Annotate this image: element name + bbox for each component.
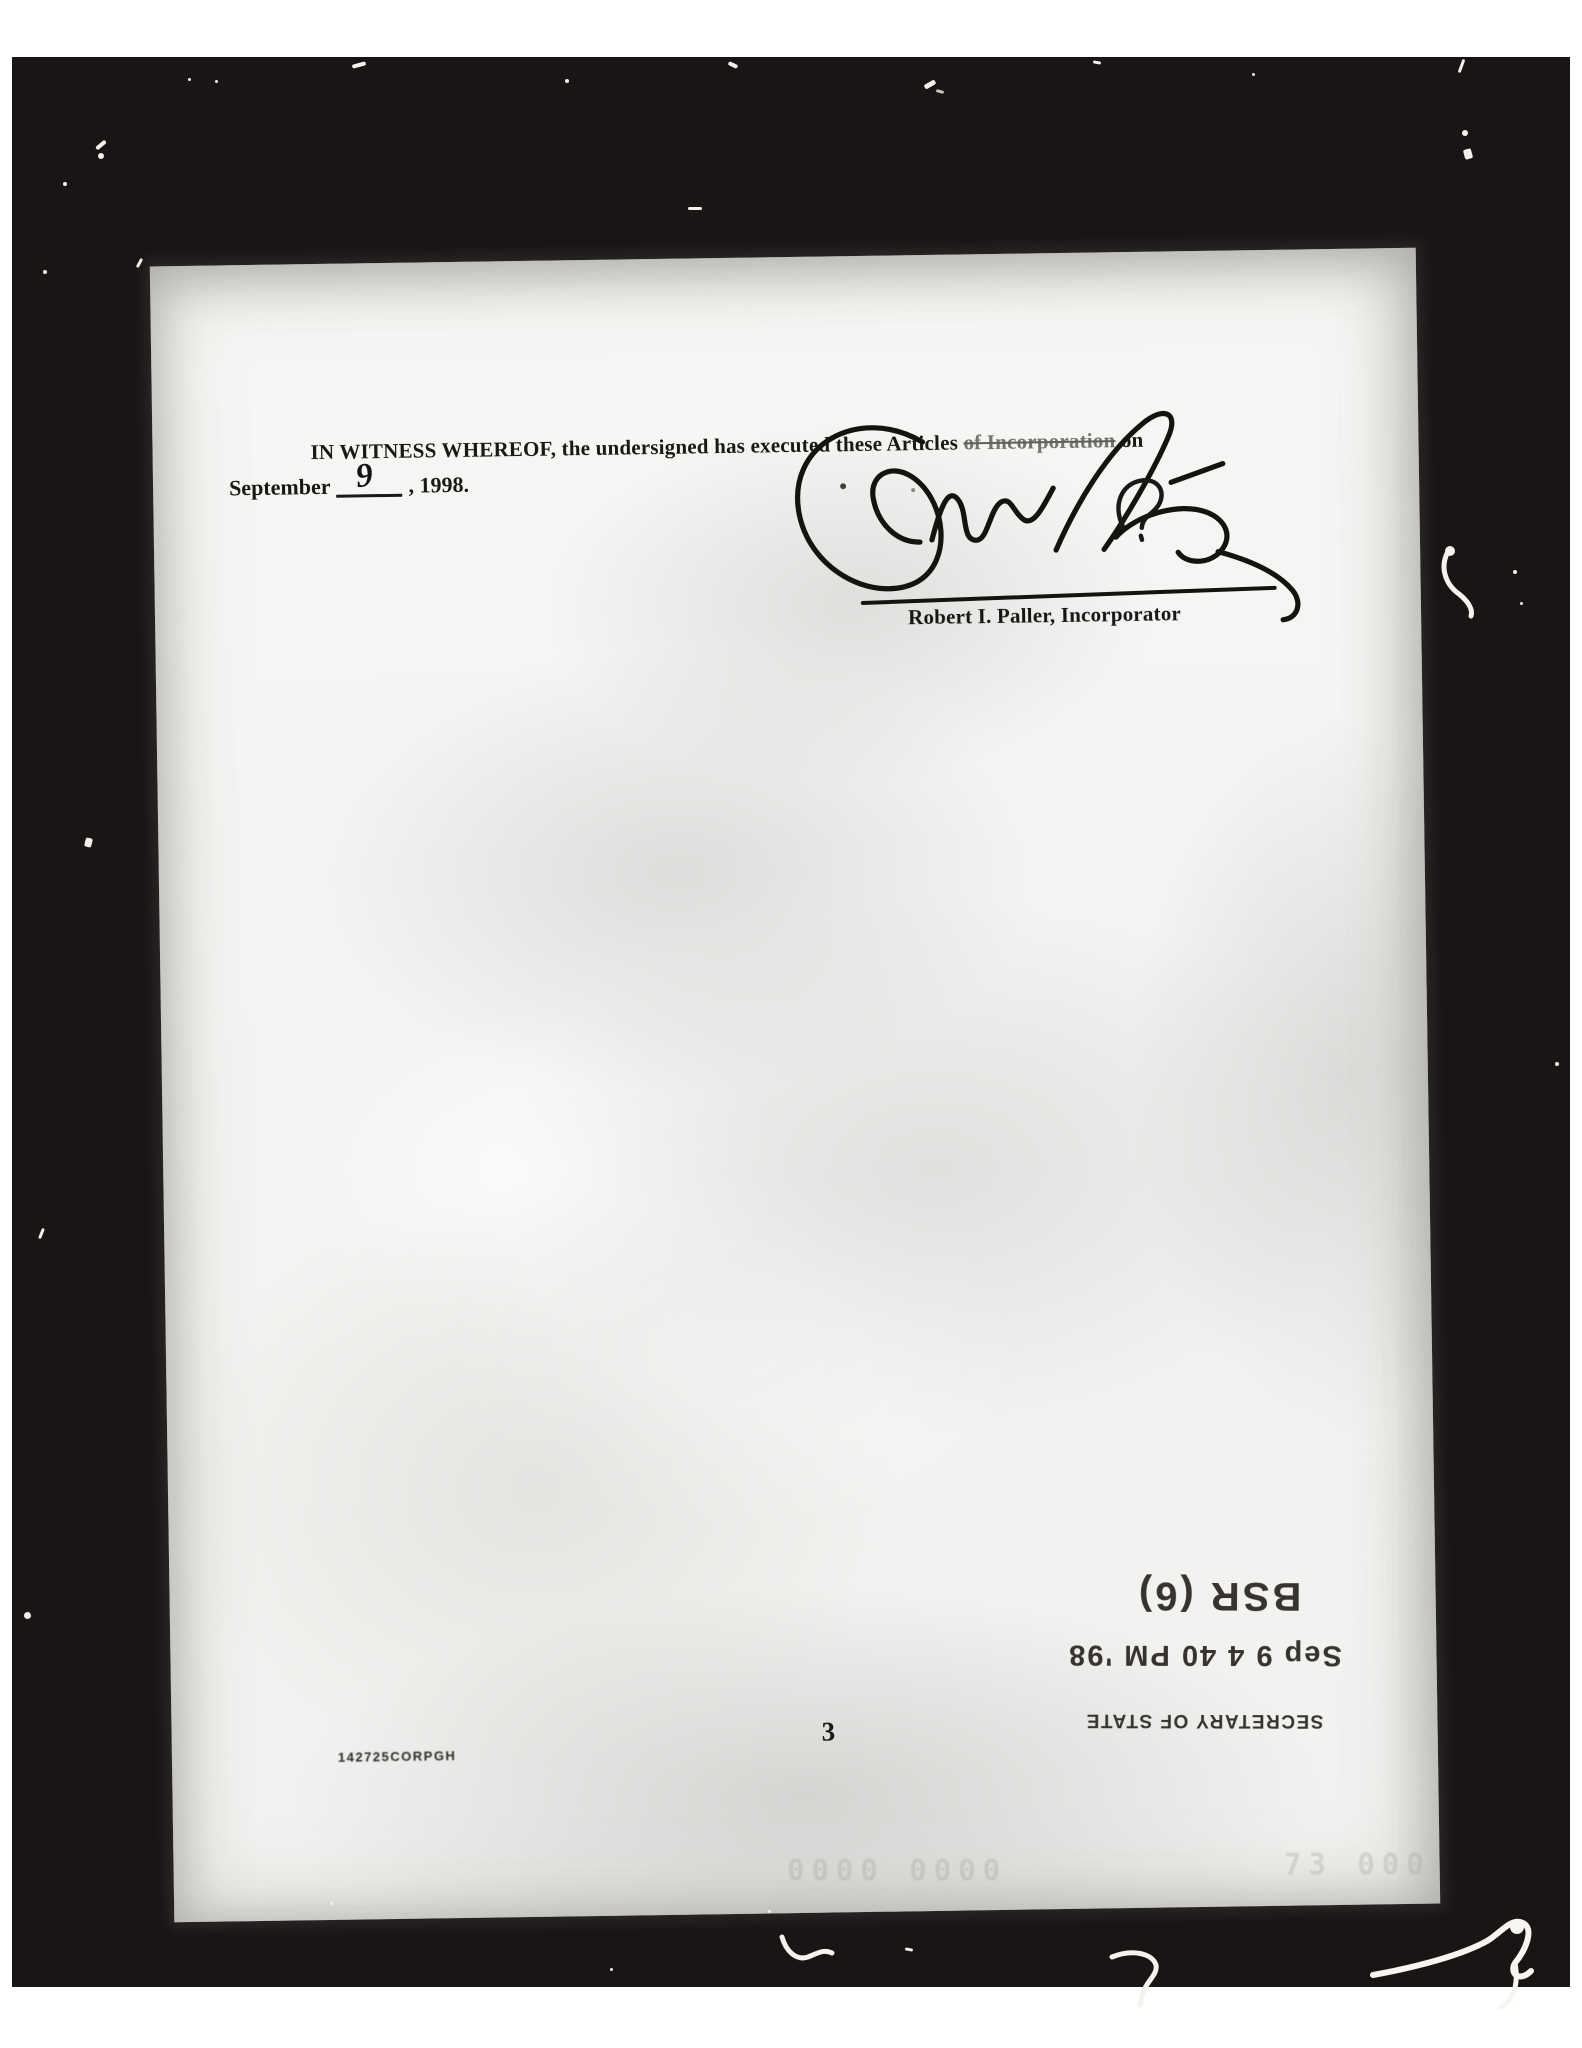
- stamp-code-line: BSR (6): [1073, 1573, 1365, 1619]
- scan-speck: [38, 1228, 45, 1239]
- stamp-org-line: SECRETARY OF STATE: [1058, 1709, 1350, 1732]
- scan-speck: [924, 79, 937, 89]
- scanner-background: IN WITNESS WHEREOF, the undersigned has …: [12, 57, 1570, 1987]
- scan-speck: [98, 153, 104, 159]
- signature-loop: [797, 427, 942, 590]
- scan-speck: [905, 1947, 913, 1951]
- scan-speck: [352, 61, 367, 68]
- footer-filing-code: 142725CORPGH: [338, 1748, 457, 1765]
- scan-speck: [768, 1910, 771, 1913]
- scan-speck: [936, 89, 945, 94]
- signature-script: [622, 384, 1356, 640]
- scan-speck: [136, 258, 143, 268]
- scan-speck: [63, 182, 67, 186]
- scan-speck: [330, 1902, 333, 1905]
- scan-speck: [1555, 1062, 1559, 1066]
- scan-speck: [565, 79, 569, 83]
- scan-speck: [1462, 130, 1468, 136]
- scan-speck: [43, 270, 47, 274]
- execution-date-line: September9, 1998.: [229, 472, 469, 502]
- signature-underline: [863, 588, 1275, 603]
- scanned-page: { "document": { "witness_line": { "lead"…: [0, 0, 1582, 2048]
- ghost-digits-right: 73 000: [1284, 1847, 1431, 1881]
- scan-speck: [215, 80, 218, 83]
- stamp-datetime-line: Sep 9 4 40 PM '98: [1058, 1638, 1350, 1672]
- scan-speck: [188, 78, 191, 81]
- scan-speck: [1463, 148, 1473, 160]
- date-prefix: September: [229, 474, 331, 501]
- secretary-of-state-stamp: SECRETARY OF STATE Sep 9 4 40 PM '98 BSR…: [1058, 1573, 1350, 1732]
- scan-speck: [1093, 60, 1101, 64]
- scan-speck: [84, 837, 93, 848]
- scan-speck: [610, 1968, 613, 1971]
- scan-speck: [688, 207, 702, 210]
- signature-descender: [1218, 550, 1298, 620]
- signature-caption: Robert I. Paller, Incorporator: [908, 601, 1181, 630]
- scan-speck: [1458, 59, 1466, 73]
- signature-t-cross: [1171, 464, 1223, 483]
- date-blank-underline: 9: [336, 486, 402, 498]
- document-paper: IN WITNESS WHEREOF, the undersigned has …: [150, 248, 1440, 1923]
- scan-speck: [1252, 73, 1255, 76]
- scratch-hook-mark: [1437, 542, 1487, 622]
- signature-middle-scrawl: [931, 488, 1054, 541]
- scan-speck: [1520, 602, 1523, 605]
- scan-speck: [95, 140, 107, 151]
- scan-speck: [24, 1612, 31, 1619]
- stray-pen-mark: [1108, 473, 1173, 546]
- squiggle-scratch-mark: [1102, 1947, 1172, 2009]
- ghost-digits-center: 0000 0000: [787, 1853, 1007, 1887]
- scan-speck: [728, 61, 739, 69]
- check-scratch-mark: [776, 1933, 836, 1968]
- scribble-mark-bottom-right: [1367, 1907, 1557, 2027]
- date-suffix: , 1998.: [408, 472, 469, 498]
- page-number: 3: [821, 1716, 835, 1747]
- scan-speck: [1513, 570, 1517, 574]
